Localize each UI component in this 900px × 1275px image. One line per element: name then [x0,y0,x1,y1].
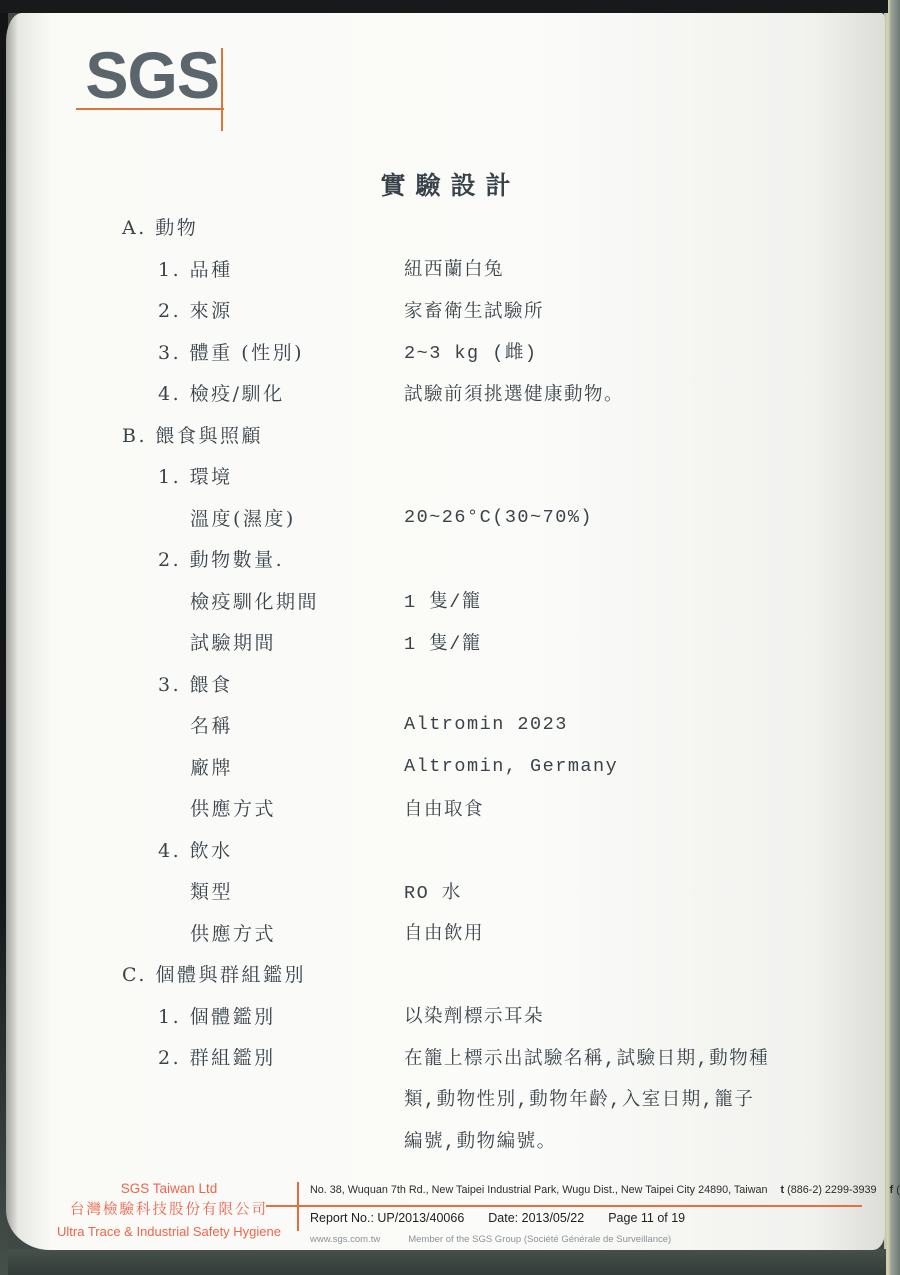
footer-web-row: www.sgs.com.tw Member of the SGS Group (… [310,1234,870,1245]
spec-row: 廠牌 Altromin, Germany [6,746,885,788]
spec-value: RO 水 [404,878,462,904]
sgs-logo: SGS [85,43,219,107]
spec-row: 檢疫馴化期間 1 隻/籠 [6,580,885,622]
company-name-en: SGS Taiwan Ltd [40,1179,298,1199]
spec-row: 4. 檢疫/馴化 試驗前須挑選健康動物。 [6,372,885,414]
page-edge-bottom [0,1249,886,1275]
footer-divider-horizontal [266,1205,862,1207]
spec-label: 4. 檢疫/馴化 [6,379,285,406]
spec-value: Altromin, Germany [404,756,618,777]
page-edge-top [0,0,888,13]
company-name-zh: 台灣檢驗科技股份有限公司 [40,1199,298,1221]
spec-row: 溫度(濕度) 20~26°C(30~70%) [6,497,885,539]
spec-row: 4. 飲水 [6,829,885,871]
spec-label: 1. 品種 [6,255,233,282]
spec-row: 1. 環境 [6,455,885,497]
fax-number: (886-2) 2298-1338 [896,1184,900,1196]
footer-tel: t (886-2) 2299-3939 [781,1184,877,1196]
spec-row: 供應方式 自由飲用 [6,912,885,954]
spec-label: 類型 [6,877,233,904]
spec-row: 3. 體重 (性別) 2~3 kg (雌) [6,331,885,373]
spec-label: 2. 來源 [6,296,233,323]
spec-value-continued: 編號,動物編號。 [404,1127,557,1153]
logo-crosshair-vertical [221,48,223,131]
section-heading-label: C. 個體與群組鑑別 [6,960,306,987]
section-heading-label: A. 動物 [6,213,198,240]
spec-value: 在籠上標示出試驗名稱,試驗日期,動物種 [404,1044,769,1070]
spec-label: 2. 動物數量. [6,545,284,572]
spec-value: 家畜衛生試驗所 [404,297,544,323]
footer-report-row: Report No.: UP/2013/40066 Date: 2013/05/… [310,1211,870,1225]
section-heading-b: B. 餵食與照顧 [6,414,885,456]
sgs-membership: Member of the SGS Group (Société Général… [408,1234,671,1245]
spec-label: 2. 群組鑑別 [6,1043,276,1070]
page-indicator: Page 11 of 19 [608,1211,685,1225]
tel-number: (886-2) 2299-3939 [787,1184,876,1196]
spec-value: Altromin 2023 [404,714,568,735]
spec-label: 供應方式 [6,794,276,821]
spec-value-wrap-row: 編號,動物編號。 [6,1119,885,1161]
spec-value: 20~26°C(30~70%) [404,507,593,528]
report-number: Report No.: UP/2013/40066 [310,1211,464,1225]
footer-address-row: No. 38, Wuquan 7th Rd., New Taipei Indus… [310,1184,870,1196]
spec-label: 3. 體重 (性別) [6,338,304,365]
spec-label: 1. 個體鑑別 [6,1002,276,1029]
page-edge-right [884,0,900,1275]
fax-label: f [890,1184,894,1196]
spec-row: 2. 來源 家畜衛生試驗所 [6,289,885,331]
company-division: Ultra Trace & Industrial Safety Hygiene [40,1221,298,1242]
section-heading-a: A. 動物 [6,206,885,248]
spec-label: 溫度(濕度) [6,504,296,531]
spec-label: 供應方式 [6,919,276,946]
spec-row: 供應方式 自由取食 [6,787,885,829]
section-heading-label: B. 餵食與照顧 [6,421,263,448]
spec-value: 1 隻/籠 [404,587,482,613]
spec-row: 名稱 Altromin 2023 [6,704,885,746]
spec-row: 類型 RO 水 [6,870,885,912]
website-url: www.sgs.com.tw [310,1234,380,1245]
spec-table: A. 動物 1. 品種 紐西蘭白兔 2. 來源 家畜衛生試驗所 3. 體重 (性… [6,206,885,1161]
spec-label: 檢疫馴化期間 [6,587,319,614]
tel-label: t [781,1184,785,1196]
spec-value-continued: 類,動物性別,動物年齡,入室日期,籠子 [404,1085,754,1111]
spec-row: 3. 餵食 [6,663,885,705]
spec-row: 2. 動物數量. [6,538,885,580]
report-date: Date: 2013/05/22 [488,1211,584,1225]
section-heading-c: C. 個體與群組鑑別 [6,953,885,995]
spec-label: 廠牌 [6,753,233,780]
spec-row: 1. 個體鑑別 以染劑標示耳朵 [6,995,885,1037]
spec-row: 試驗期間 1 隻/籠 [6,621,885,663]
footer-fax: f (886-2) 2298-1338 [890,1184,900,1196]
spec-row: 1. 品種 紐西蘭白兔 [6,248,885,290]
spec-label: 試驗期間 [6,628,276,655]
document-title: 實驗設計 [6,166,885,202]
spec-value: 紐西蘭白兔 [404,255,504,281]
spec-value-wrap-row: 類,動物性別,動物年齡,入室日期,籠子 [6,1078,885,1120]
spec-value: 以染劑標示耳朵 [404,1002,544,1028]
spec-value: 1 隻/籠 [404,629,482,655]
spec-value: 2~3 kg (雌) [404,338,537,364]
spec-value: 試驗前須挑選健康動物。 [404,380,624,406]
spec-label: 1. 環境 [6,462,233,489]
footer-address: No. 38, Wuquan 7th Rd., New Taipei Indus… [310,1184,768,1196]
scanned-page: SGS 實驗設計 A. 動物 1. 品種 紐西蘭白兔 2. 來源 家畜衛生試驗所… [6,13,885,1250]
spec-label: 名稱 [6,711,233,738]
spec-row: 2. 群組鑑別 在籠上標示出試驗名稱,試驗日期,動物種 [6,1036,885,1078]
spec-value: 自由飲用 [404,919,484,945]
footer-company-block: SGS Taiwan Ltd 台灣檢驗科技股份有限公司 Ultra Trace … [40,1179,298,1242]
spec-value: 自由取食 [404,795,484,821]
spec-label: 3. 餵食 [6,670,233,697]
spec-label: 4. 飲水 [6,836,233,863]
